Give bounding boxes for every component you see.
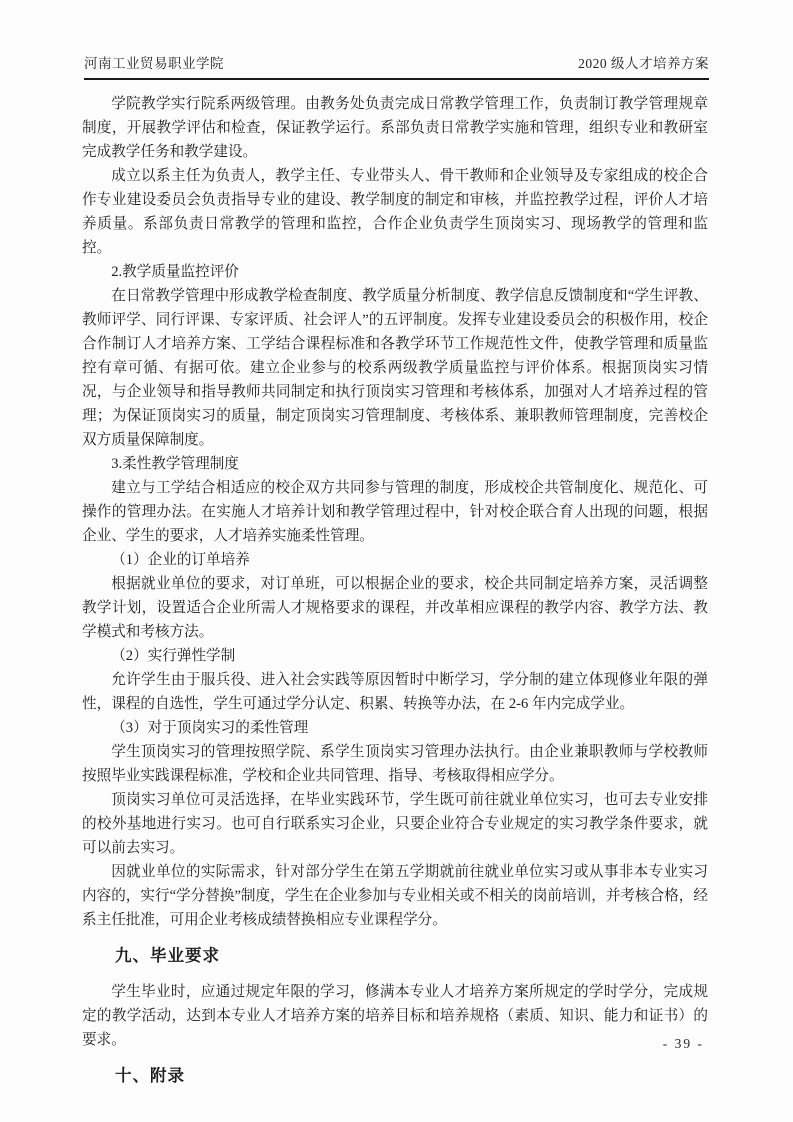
subheading: （2）实行弹性学制 bbox=[82, 644, 708, 668]
paragraph: 建立与工学结合相适应的校企双方共同参与管理的制度，形成校企共管制度化、规范化、可… bbox=[82, 476, 708, 548]
subheading: （3）对于顶岗实习的柔性管理 bbox=[82, 716, 708, 740]
header-institution-name: 河南工业贸易职业学院 bbox=[84, 52, 224, 72]
paragraph: 允许学生由于服兵役、进入社会实践等原因暂时中断学习，学分制的建立体现修业年限的弹… bbox=[82, 668, 708, 716]
paragraph: 学院教学实行院系两级管理。由教务处负责完成日常教学管理工作，负责制订教学管理规章… bbox=[82, 92, 708, 164]
paragraph: 在日常教学管理中形成教学检查制度、教学质量分析制度、教学信息反馈制度和“学生评教… bbox=[82, 284, 708, 452]
section-heading: 十、附录 bbox=[82, 1064, 708, 1088]
paragraph: 学生顶岗实习的管理按照学院、系学生顶岗实习管理办法执行。由企业兼职教师与学校教师… bbox=[82, 740, 708, 788]
paragraph: 顶岗实习单位可灵活选择，在毕业实践环节，学生既可前往就业单位实习，也可去专业安排… bbox=[82, 788, 708, 860]
paragraph: 成立以系主任为负责人，教学主任、专业带头人、骨干教师和企业领导及专家组成的校企合… bbox=[82, 164, 708, 260]
paragraph: 因就业单位的实际需求，针对部分学生在第五学期就前往就业单位实习或从事非本专业实习… bbox=[82, 860, 708, 932]
document-body: 学院教学实行院系两级管理。由教务处负责完成日常教学管理工作，负责制订教学管理规章… bbox=[82, 92, 708, 1100]
page-header: 河南工业贸易职业学院 2020 级人才培养方案 bbox=[84, 52, 709, 80]
page-number: - 39 - bbox=[663, 1036, 704, 1052]
header-document-title: 2020 级人才培养方案 bbox=[578, 52, 709, 72]
paragraph: 学生毕业时，应通过规定年限的学习，修满本专业人才培养方案所规定的学时学分，完成规… bbox=[82, 980, 708, 1052]
subheading: （1）企业的订单培养 bbox=[82, 548, 708, 572]
subheading: 2.教学质量监控评价 bbox=[82, 260, 708, 284]
document-page: 河南工业贸易职业学院 2020 级人才培养方案 学院教学实行院系两级管理。由教务… bbox=[0, 0, 793, 1122]
subheading: 3.柔性教学管理制度 bbox=[82, 452, 708, 476]
paragraph: 根据就业单位的要求，对订单班，可以根据企业的要求，校企共同制定培养方案，灵活调整… bbox=[82, 572, 708, 644]
section-heading: 九、毕业要求 bbox=[82, 944, 708, 968]
